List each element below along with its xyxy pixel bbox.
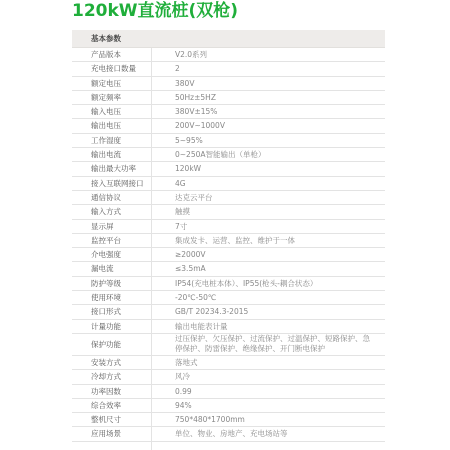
- row-label: 输入电压: [72, 105, 152, 118]
- row-value: 集成发卡、运营、监控、维护于一体: [152, 234, 295, 247]
- table-row: 输出最大功率120kW: [72, 162, 385, 176]
- row-value: 落地式: [152, 356, 198, 369]
- table-row: 功率因数0.99: [72, 385, 385, 399]
- row-value: 750*480*1700mm: [152, 413, 245, 426]
- row-label: 冷却方式: [72, 370, 152, 383]
- table-row: 产品版本V2.0系列: [72, 48, 385, 62]
- row-value: 50Hz±5HZ: [152, 91, 216, 104]
- row-label: 输出电压: [72, 119, 152, 132]
- table-row: 应用场景单位、物业、房地产、充电场站等: [72, 427, 385, 441]
- section-header: 基本参数: [72, 30, 385, 48]
- table-row: 工作湿度5~95%: [72, 134, 385, 148]
- row-label: 计量功能: [72, 320, 152, 333]
- table-row: 计量功能输出电能表计量: [72, 320, 385, 334]
- row-label: 输出最大功率: [72, 162, 152, 175]
- table-row: 输出电压200V~1000V: [72, 119, 385, 133]
- row-value: 0.99: [152, 385, 192, 398]
- table-row: 额定频率50Hz±5HZ: [72, 91, 385, 105]
- table-row: 输入电压380V±15%: [72, 105, 385, 119]
- row-value: ≥2000V: [152, 248, 206, 261]
- row-label: 通信协议: [72, 191, 152, 204]
- page-title: 120kW直流桩(双枪): [72, 0, 238, 22]
- row-value: 7寸: [152, 220, 187, 233]
- row-value: 200V~1000V: [152, 119, 225, 132]
- row-value: 5~95%: [152, 134, 203, 147]
- row-label: 显示屏: [72, 220, 152, 233]
- row-value: 120kW: [152, 162, 201, 175]
- row-value: 4G: [152, 177, 186, 190]
- table-row: 输出电流0~250A智能输出（单枪）: [72, 148, 385, 162]
- table-row: 输入方式触摸: [72, 205, 385, 219]
- table-tail: [72, 442, 152, 450]
- row-label: 监控平台: [72, 234, 152, 247]
- row-value: 0~250A智能输出（单枪）: [152, 148, 266, 161]
- row-value: 380V±15%: [152, 105, 217, 118]
- row-label: 漏电流: [72, 262, 152, 275]
- table-row: 综合效率94%: [72, 399, 385, 413]
- spec-table: 基本参数 产品版本V2.0系列充电接口数量2额定电压380V额定频率50Hz±5…: [72, 30, 385, 450]
- table-row: 保护功能过压保护、欠压保护、过流保护、过温保护、短路保护、急停保护、防雷保护、绝…: [72, 334, 385, 356]
- table-row: 安装方式落地式: [72, 356, 385, 370]
- row-value: IP54(充电桩本体）、IP55(枪头-耦合状态）: [152, 277, 317, 290]
- row-value: -20℃-50℃: [152, 291, 216, 304]
- row-value: 触摸: [152, 205, 190, 218]
- table-row: 接口形式GB/T 20234.3-2015: [72, 305, 385, 319]
- row-label: 充电接口数量: [72, 62, 152, 75]
- table-row: 通信协议达克云平台: [72, 191, 385, 205]
- row-label: 额定电压: [72, 77, 152, 90]
- spec-rows: 产品版本V2.0系列充电接口数量2额定电压380V额定频率50Hz±5HZ输入电…: [72, 48, 385, 442]
- row-label: 应用场景: [72, 427, 152, 440]
- row-label: 接入互联网接口: [72, 177, 152, 190]
- row-value: 94%: [152, 399, 192, 412]
- row-value: 2: [152, 62, 180, 75]
- table-row: 防护等级IP54(充电桩本体）、IP55(枪头-耦合状态）: [72, 277, 385, 291]
- row-value: 风冷: [152, 370, 190, 383]
- table-row: 漏电流≤3.5mA: [72, 262, 385, 276]
- table-row: 显示屏7寸: [72, 220, 385, 234]
- row-label: 功率因数: [72, 385, 152, 398]
- row-value: V2.0系列: [152, 48, 207, 61]
- table-row: 介电强度≥2000V: [72, 248, 385, 262]
- table-row: 充电接口数量2: [72, 62, 385, 76]
- table-row: 接入互联网接口4G: [72, 177, 385, 191]
- row-value: 单位、物业、房地产、充电场站等: [152, 427, 288, 440]
- row-label: 输出电流: [72, 148, 152, 161]
- row-label: 安装方式: [72, 356, 152, 369]
- row-label: 综合效率: [72, 399, 152, 412]
- row-label: 额定频率: [72, 91, 152, 104]
- table-row: 整机尺寸750*480*1700mm: [72, 413, 385, 427]
- row-label: 接口形式: [72, 305, 152, 318]
- table-row: 使用环境-20℃-50℃: [72, 291, 385, 305]
- row-label: 产品版本: [72, 48, 152, 61]
- row-label: 输入方式: [72, 205, 152, 218]
- row-value: 达克云平台: [152, 191, 213, 204]
- table-row: 冷却方式风冷: [72, 370, 385, 384]
- table-row: 额定电压380V: [72, 77, 385, 91]
- row-value: 过压保护、欠压保护、过流保护、过温保护、短路保护、急停保护、防雷保护、绝缘保护、…: [152, 334, 375, 355]
- row-label: 整机尺寸: [72, 413, 152, 426]
- row-label: 保护功能: [72, 334, 152, 355]
- row-label: 介电强度: [72, 248, 152, 261]
- row-label: 工作湿度: [72, 134, 152, 147]
- row-value: ≤3.5mA: [152, 262, 206, 275]
- row-value: GB/T 20234.3-2015: [152, 305, 248, 318]
- row-value: 380V: [152, 77, 194, 90]
- row-value: 输出电能表计量: [152, 320, 228, 333]
- row-label: 防护等级: [72, 277, 152, 290]
- row-label: 使用环境: [72, 291, 152, 304]
- table-row: 监控平台集成发卡、运营、监控、维护于一体: [72, 234, 385, 248]
